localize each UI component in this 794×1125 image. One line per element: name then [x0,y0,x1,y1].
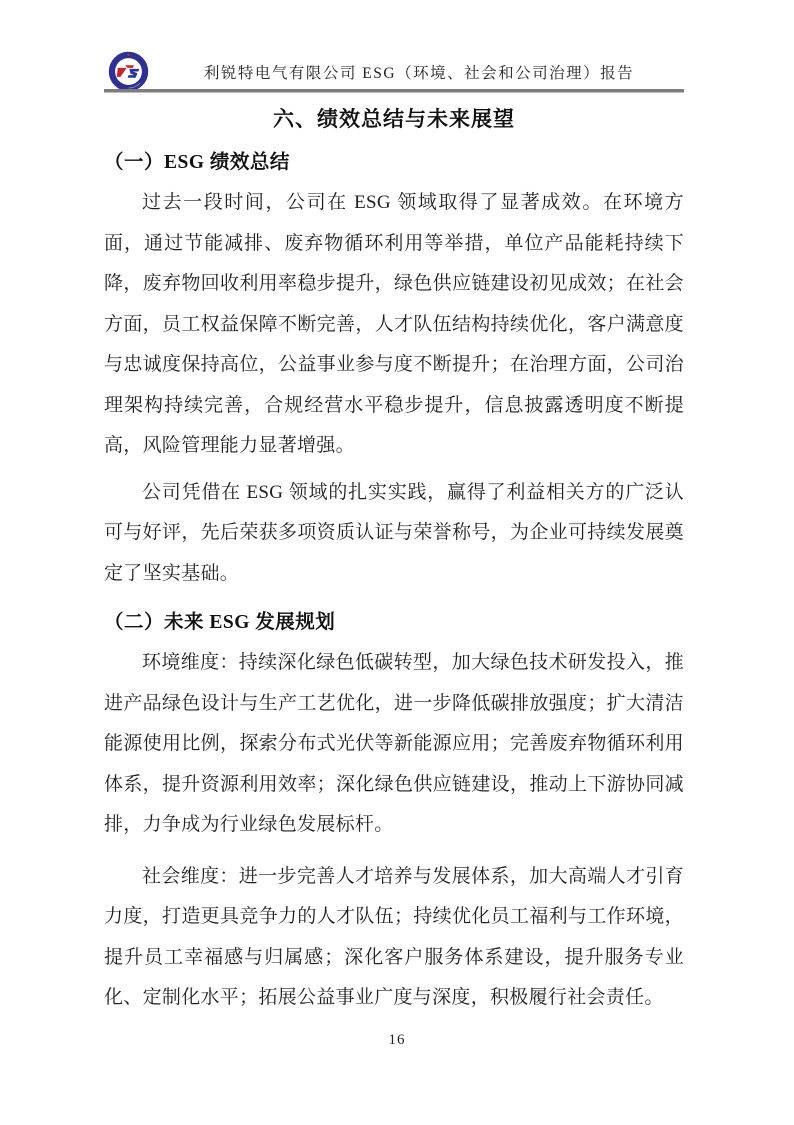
page-number: 16 [0,1032,794,1049]
paragraph-future-social: 社会维度：进一步完善人才培养与发展体系，加大高端人才引育力度，打造更具竞争力的人… [104,857,684,1019]
chapter-title: 六、绩效总结与未来展望 [104,104,684,134]
section-heading-future-plan: （二）未来 ESG 发展规划 [104,609,684,637]
paragraph-esg-summary-1: 过去一段时间，公司在 ESG 领域取得了显著成效。在环境方面，通过节能减排、废弃… [104,183,684,467]
section-heading-esg-summary: （一）ESG 绩效总结 [104,149,684,177]
header-divider [104,89,684,93]
report-page: 利锐特电气有限公司 ESG（环境、社会和公司治理）报告 六、绩效总结与未来展望 … [0,0,794,1125]
paragraph-future-environment: 环境维度：持续深化绿色低碳转型，加大绿色技术研发投入，推进产品绿色设计与生产工艺… [104,643,684,846]
paragraph-esg-summary-2: 公司凭借在 ESG 领域的扎实实践，赢得了利益相关方的广泛认可与好评，先后荣获多… [104,473,684,595]
company-logo-icon [107,50,150,93]
document-body: 六、绩效总结与未来展望 （一）ESG 绩效总结 过去一段时间，公司在 ESG 领… [104,100,684,1019]
report-header-title: 利锐特电气有限公司 ESG（环境、社会和公司治理）报告 [152,61,686,83]
